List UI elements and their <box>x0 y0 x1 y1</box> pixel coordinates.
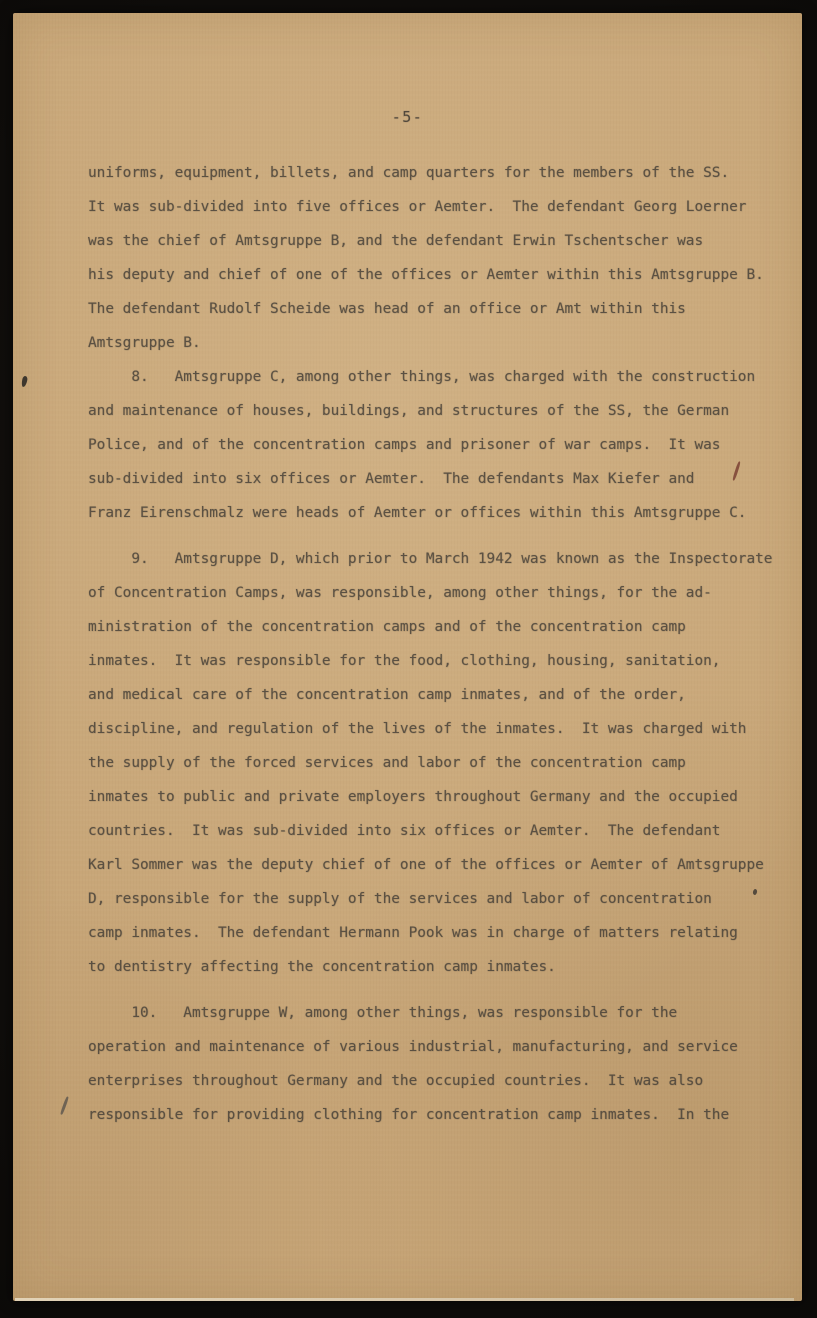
text-line: and maintenance of houses, buildings, an… <box>88 394 788 428</box>
text-line: countries. It was sub-divided into six o… <box>88 814 788 848</box>
paragraph-p9: 9. Amtsgruppe D, which prior to March 19… <box>88 542 788 984</box>
text-line: the supply of the forced services and la… <box>88 746 788 780</box>
text-line: It was sub-divided into five offices or … <box>88 190 788 224</box>
text-line: was the chief of Amtsgruppe B, and the d… <box>88 224 788 258</box>
paragraph-p10: 10. Amtsgruppe W, among other things, wa… <box>88 996 788 1132</box>
ink-comma-mark <box>21 376 28 388</box>
text-line: sub-divided into six offices or Aemter. … <box>88 462 788 496</box>
text-line: operation and maintenance of various ind… <box>88 1030 788 1064</box>
text-line: Karl Sommer was the deputy chief of one … <box>88 848 788 882</box>
text-line: discipline, and regulation of the lives … <box>88 712 788 746</box>
paragraph-p8: 8. Amtsgruppe C, among other things, was… <box>88 360 788 530</box>
text-line: inmates to public and private employers … <box>88 780 788 814</box>
text-line: Amtsgruppe B. <box>88 326 788 360</box>
text-line: of Concentration Camps, was responsible,… <box>88 576 788 610</box>
text-line: and medical care of the concentration ca… <box>88 678 788 712</box>
text-line: his deputy and chief of one of the offic… <box>88 258 788 292</box>
paragraph-p7-continuation: uniforms, equipment, billets, and camp q… <box>88 156 788 360</box>
text-line: The defendant Rudolf Scheide was head of… <box>88 292 788 326</box>
document-page: -5- uniforms, equipment, billets, and ca… <box>13 13 802 1301</box>
text-line: inmates. It was responsible for the food… <box>88 644 788 678</box>
pencil-slash-mark <box>60 1096 69 1115</box>
text-line: Franz Eirenschmalz were heads of Aemter … <box>88 496 788 530</box>
text-line: 10. Amtsgruppe W, among other things, wa… <box>88 996 788 1030</box>
text-line: 9. Amtsgruppe D, which prior to March 19… <box>88 542 788 576</box>
text-block: uniforms, equipment, billets, and camp q… <box>88 156 788 1132</box>
page-number: -5- <box>13 108 802 126</box>
text-line: 8. Amtsgruppe C, among other things, was… <box>88 360 788 394</box>
text-line: to dentistry affecting the concentration… <box>88 950 788 984</box>
text-line: enterprises throughout Germany and the o… <box>88 1064 788 1098</box>
text-line: D, responsible for the supply of the ser… <box>88 882 788 916</box>
text-line: ministration of the concentration camps … <box>88 610 788 644</box>
text-line: uniforms, equipment, billets, and camp q… <box>88 156 788 190</box>
text-line: responsible for providing clothing for c… <box>88 1098 788 1132</box>
text-line: camp inmates. The defendant Hermann Pook… <box>88 916 788 950</box>
text-line: Police, and of the concentration camps a… <box>88 428 788 462</box>
